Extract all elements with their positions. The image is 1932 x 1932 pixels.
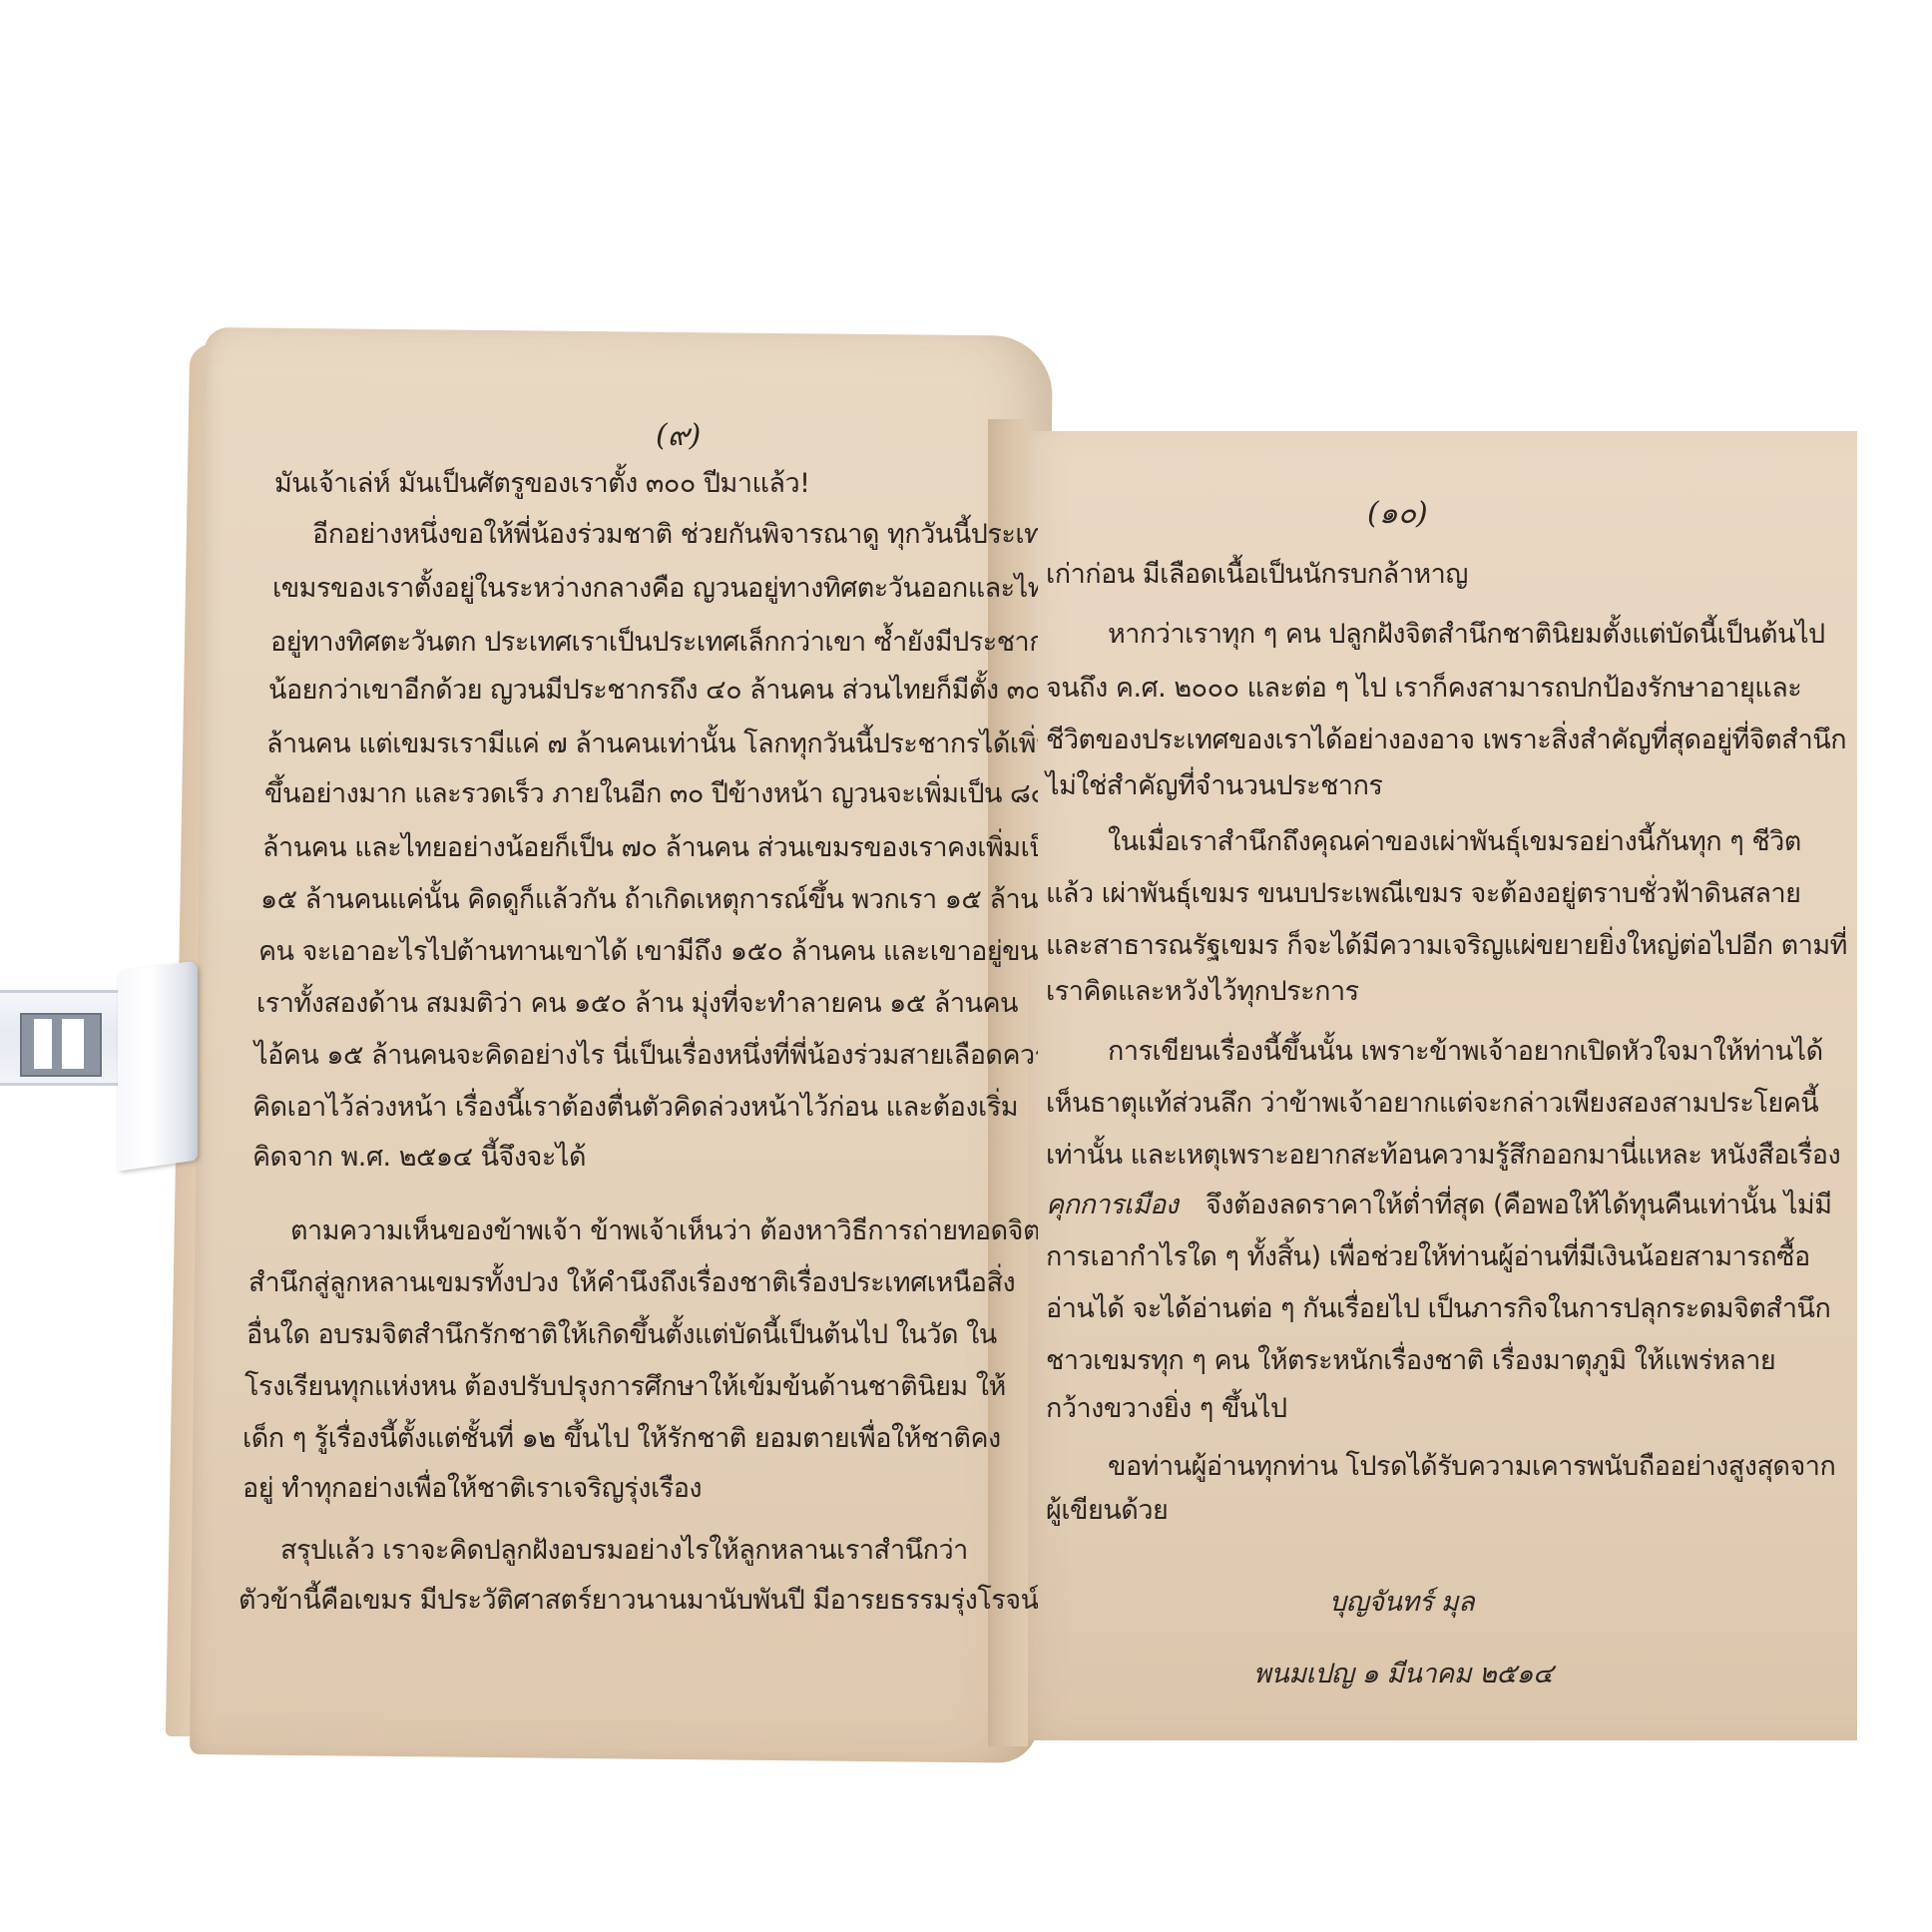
text-line: การเขียนเรื่องนี้ขึ้นนั้น เพราะข้าพเจ้าอ… xyxy=(1108,1038,1823,1065)
text-line: ขอท่านผู้อ่านทุกท่าน โปรดได้รับความเคารพ… xyxy=(1108,1453,1835,1480)
text-line: การเอากำไรใด ๆ ทั้งสิ้น) เพื่อช่วยให้ท่า… xyxy=(1046,1243,1810,1270)
text-line: คน จะเอาอะไรไปต้านทานเขาได้ เขามีถึง ๑๕๐… xyxy=(258,938,1038,965)
text-line: ๑๕ ล้านคนแค่นั้น คิดดูก็แล้วกัน ถ้าเกิดเ… xyxy=(260,886,1038,913)
text-line: อื่นใด อบรมจิตสำนึกรักชาติให้เกิดขึ้นตั้… xyxy=(246,1321,997,1348)
text-line: คิดจาก พ.ศ. ๒๕๑๔ นี้จึงจะได้ xyxy=(252,1144,586,1171)
text-line: เท่านั้น และเหตุเพราะอยากสะท้อนความรู้สึ… xyxy=(1046,1142,1840,1169)
text-line: ล้านคน แต่เขมรเรามีแค่ ๗ ล้านคนเท่านั้น … xyxy=(266,730,1038,757)
book-title-italic: คุกการเมือง xyxy=(1046,1192,1178,1218)
text-line: เก่าก่อน มีเลือดเนื้อเป็นนักรบกล้าหาญ xyxy=(1046,561,1468,588)
place-date: พนมเปญ ๑ มีนาคม ๒๕๑๔ xyxy=(1253,1661,1553,1688)
text-line: อยู่ทางทิศตะวันตก ประเทศเราเป็นประเทศเล็… xyxy=(270,629,1038,656)
text-line: ชีวิตของประเทศของเราได้อย่างองอาจ เพราะส… xyxy=(1046,726,1846,753)
text-line: ขึ้นอย่างมาก และรวดเร็ว ภายในอีก ๓๐ ปีข้… xyxy=(264,780,1038,807)
text-line: ตามความเห็นของข้าพเจ้า ข้าพเจ้าเห็นว่า ต… xyxy=(290,1217,1038,1244)
text-line: อีกอย่างหนึ่งขอให้พี่น้องร่วมชาติ ช่วยกั… xyxy=(312,521,1038,548)
text-line: แล้ว เผ่าพันธุ์เขมร ขนบประเพณีเขมร จะต้อ… xyxy=(1046,880,1800,907)
text-line: เด็ก ๆ รู้เรื่องนี้ตั้งแต่ชั้นที่ ๑๒ ขึ้… xyxy=(242,1425,1001,1452)
left-page-text-area: (๙) มันเจ้าเล่ห์ มันเป็นศัตรูของเราตั้ง … xyxy=(205,327,1038,1754)
text-line: กว้างขวางยิ่ง ๆ ขึ้นไป xyxy=(1046,1395,1287,1422)
right-page-number: (๑๐) xyxy=(1367,499,1428,529)
text-line: มันเจ้าเล่ห์ มันเป็นศัตรูของเราตั้ง ๓๐๐ … xyxy=(274,470,809,497)
text-line: เราทั้งสองด้าน สมมติว่า คน ๑๕๐ ล้าน มุ่ง… xyxy=(256,990,1018,1017)
text-line: หากว่าเราทุก ๆ คน ปลูกฝังจิตสำนึกชาตินิย… xyxy=(1108,621,1825,648)
text-line: ล้านคน และไทยอย่างน้อยก็เป็น ๗๐ ล้านคน ส… xyxy=(262,834,1038,861)
left-page-number: (๙) xyxy=(656,421,701,451)
text-line: คิดเอาไว้ล่วงหน้า เรื่องนี้เราต้องตื่นตั… xyxy=(252,1094,1018,1121)
text-line: เราคิดและหวังไว้ทุกประการ xyxy=(1046,978,1359,1005)
text-line: ชาวเขมรทุก ๆ คน ให้ตระหนักเรื่องชาติ เรื… xyxy=(1046,1347,1775,1374)
binder-clip-window xyxy=(20,1013,102,1077)
text-line: จึงต้องลดราคาให้ต่ำที่สุด (คือพอให้ได้ทุ… xyxy=(1206,1192,1832,1218)
text-line: และสาธารณรัฐเขมร ก็จะได้มีความเจริญแผ่ขย… xyxy=(1046,932,1847,959)
text-line: จนถึง ค.ศ. ๒๐๐๐ และต่อ ๆ ไป เราก็คงสามาร… xyxy=(1046,675,1801,702)
text-line: สรุปแล้ว เราจะคิดปลูกฝังอบรมอย่างไรให้ลู… xyxy=(280,1537,968,1564)
text-line: ไม่ใช่สำคัญที่จำนวนประชากร xyxy=(1046,772,1382,799)
text-line: ในเมื่อเราสำนึกถึงคุณค่าของเผ่าพันธุ์เขม… xyxy=(1108,828,1801,855)
text-line: สำนึกสู่ลูกหลานเขมรทั้งปวง ให้คำนึงถึงเร… xyxy=(248,1269,1015,1296)
text-line: เห็นธาตุแท้ส่วนลึก ว่าข้าพเจ้าอยากแต่จะก… xyxy=(1046,1090,1818,1117)
photo-scene: (๙) มันเจ้าเล่ห์ มันเป็นศัตรูของเราตั้ง … xyxy=(0,0,1932,1932)
text-line: ไอ้คน ๑๕ ล้านคนจะคิดอย่างไร นี่เป็นเรื่อ… xyxy=(254,1042,1038,1069)
text-line: ผู้เขียนด้วย xyxy=(1046,1497,1168,1524)
text-line: โรงเรียนทุกแห่งหน ต้องปรับปรุงการศึกษาให… xyxy=(244,1373,1006,1400)
binder-clip-plate xyxy=(118,960,198,1171)
text-line: เขมรของเราตั้งอยู่ในระหว่างกลางคือ ญวนอย… xyxy=(272,575,1038,602)
text-line: อ่านได้ จะได้อ่านต่อ ๆ กันเรื่อยไป เป็นภ… xyxy=(1046,1295,1830,1322)
text-line: น้อยกว่าเขาอีกด้วย ญวนมีประชากรถึง ๔๐ ล้… xyxy=(268,677,1038,704)
author-signature: บุญจันทร์ มุล xyxy=(1329,1589,1474,1616)
text-line: ตัวข้านี้คือเขมร มีประวัติศาสตร์ยาวนานมา… xyxy=(239,1587,1038,1614)
text-line: อยู่ ทำทุกอย่างเพื่อให้ชาติเราเจริญรุ่งเ… xyxy=(242,1475,702,1502)
